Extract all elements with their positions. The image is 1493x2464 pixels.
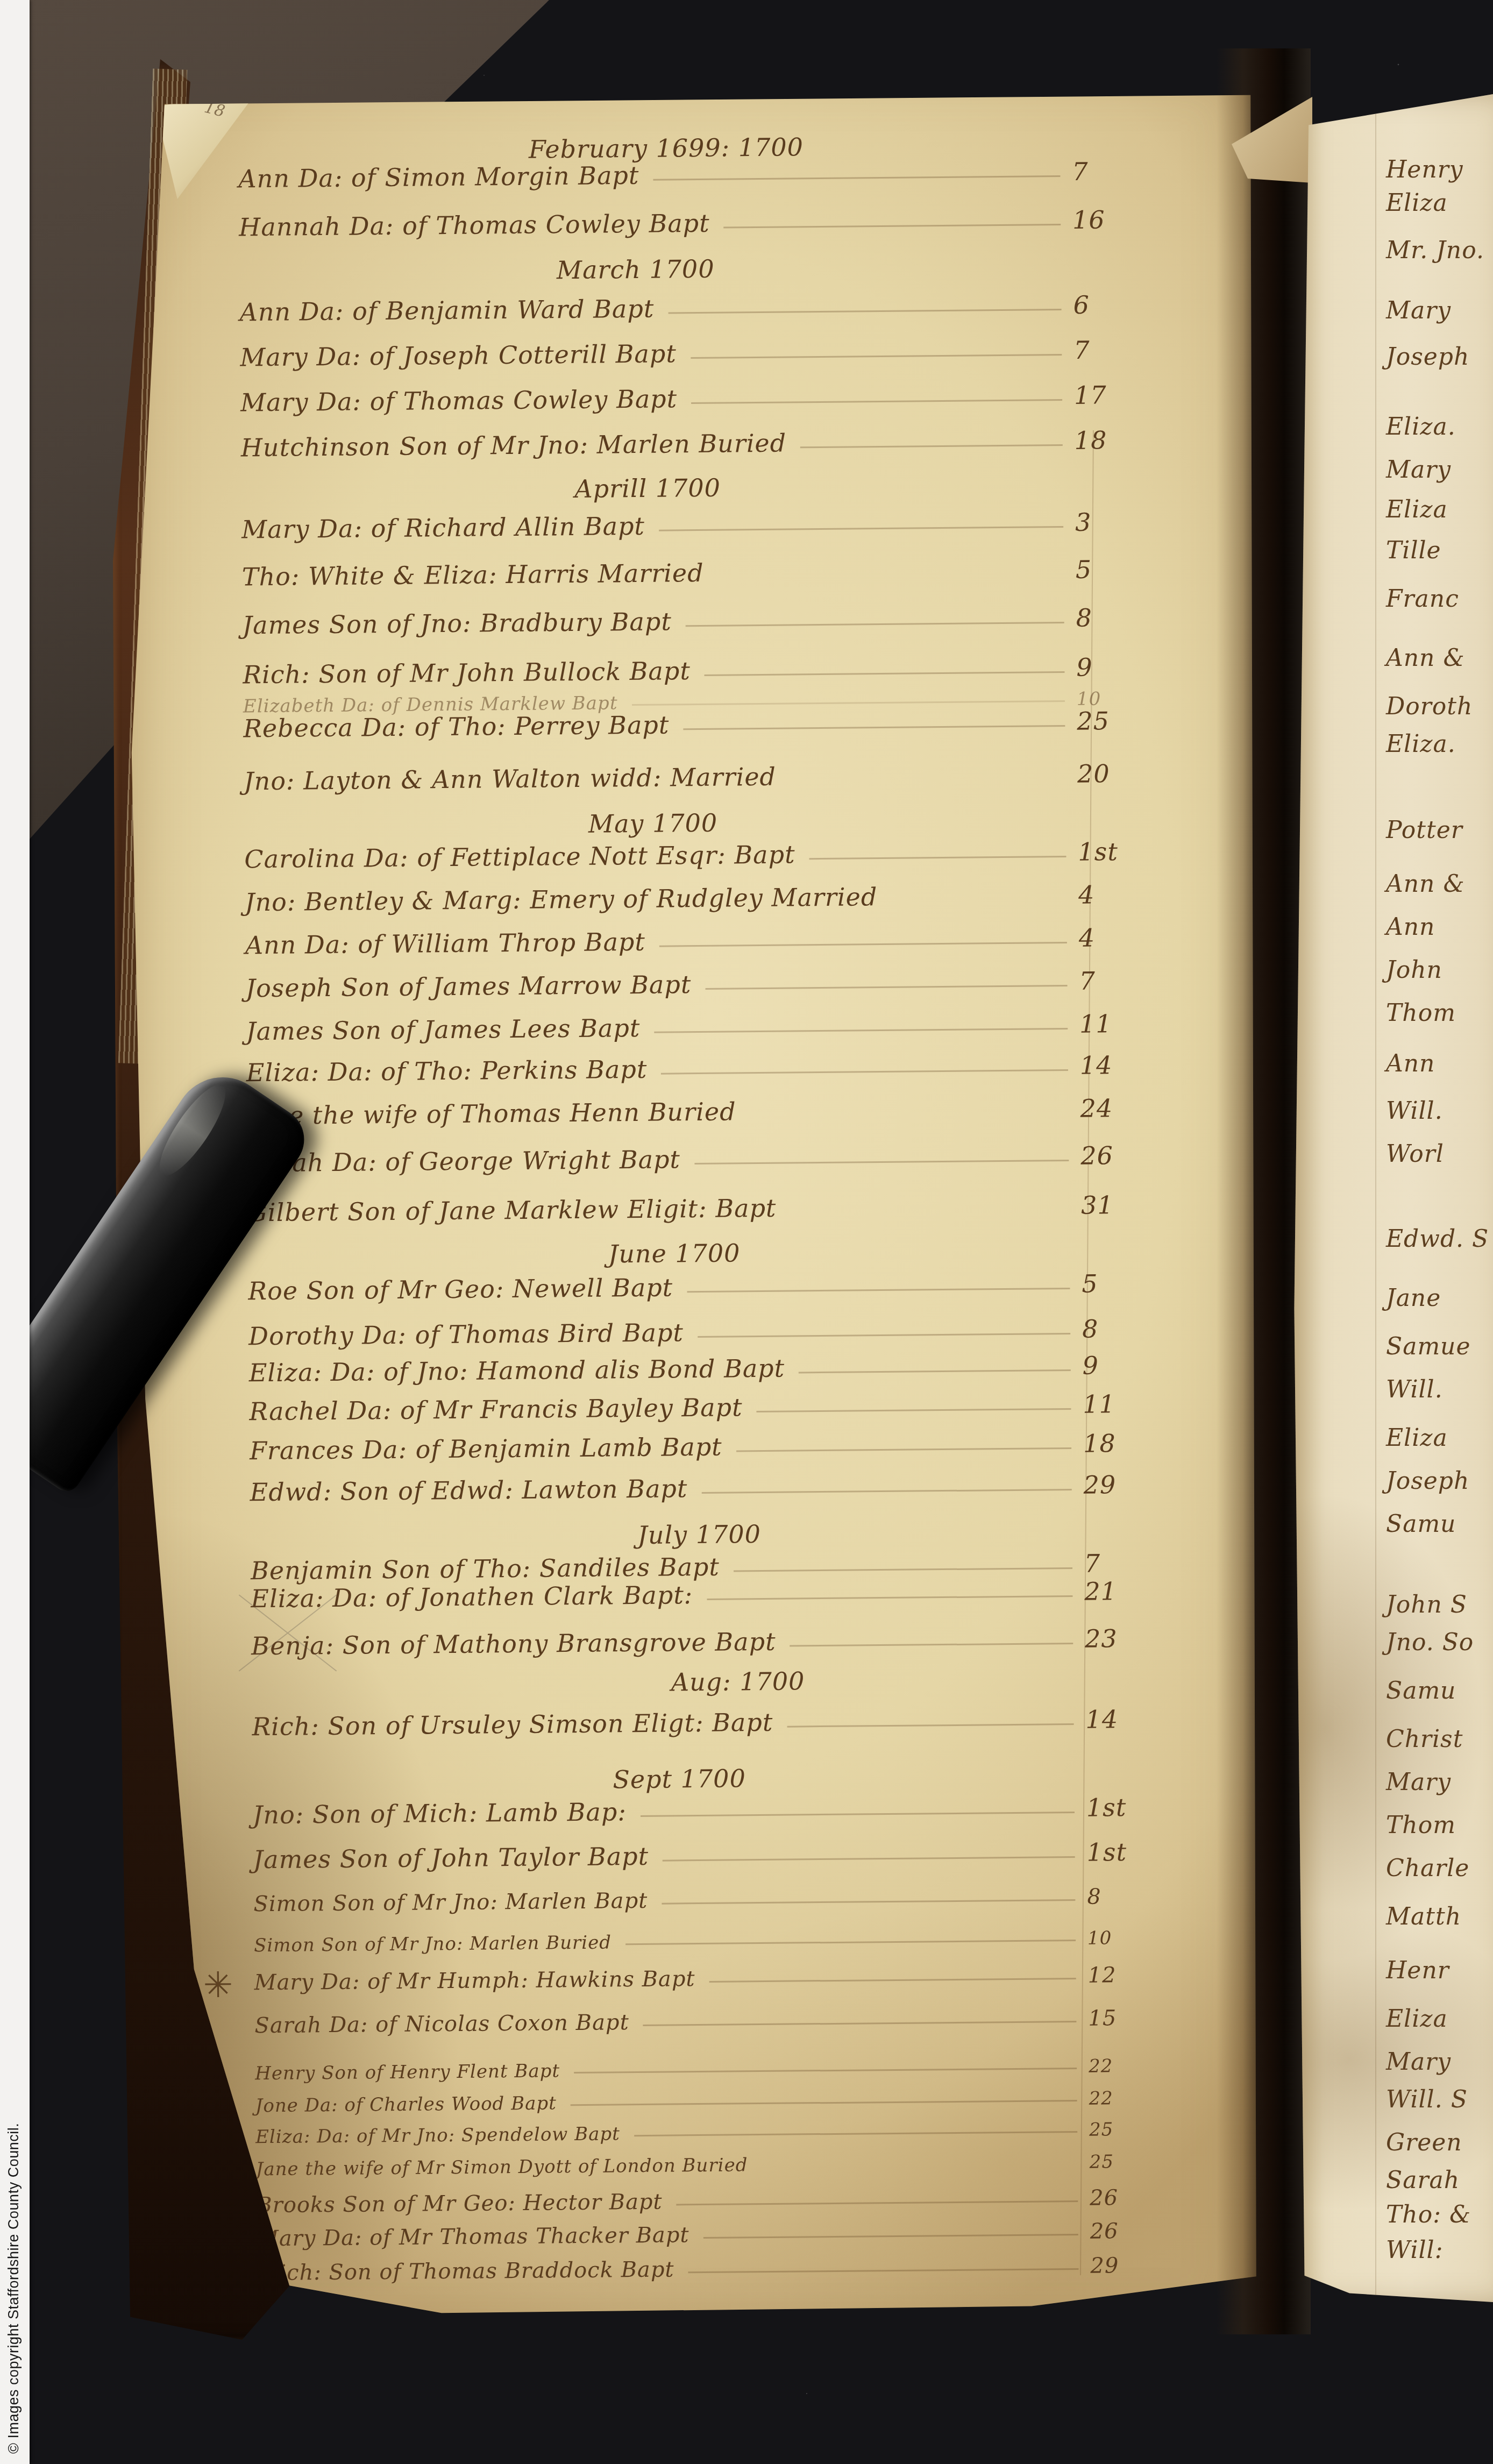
- entry-text: Mary Da: of Mr Humph: Hawkins Bapt: [254, 1966, 695, 1995]
- day-number: 4: [1078, 879, 1164, 909]
- day-number: 24: [1080, 1093, 1166, 1123]
- dash-filler: [662, 1899, 1075, 1905]
- day-number: 22: [1089, 2087, 1175, 2109]
- dash-filler: [659, 942, 1067, 947]
- right-page-text-fragment: Mr. Jno.: [1386, 237, 1484, 264]
- right-page-text-fragment: Ann &: [1386, 644, 1465, 672]
- register-entry: Brooks Son of Mr Geo: Hector Bapt 26: [256, 2185, 1176, 2219]
- entry-text: Jno: Bentley & Marg: Emery of Rudgley Ma…: [245, 882, 878, 917]
- right-page-text-fragment: Franc: [1386, 585, 1459, 613]
- register-entry: Mich: Son of Thomas Braddock Bapt 29: [257, 2253, 1176, 2287]
- dash-filler: [643, 2021, 1077, 2026]
- entry-text: Mich: Son of Thomas Braddock Bapt: [257, 2257, 674, 2286]
- register-entry: James Son of Jno: Bradbury Bapt 8: [242, 602, 1162, 640]
- day-number: 16: [1072, 205, 1158, 235]
- day-number: 31: [1081, 1190, 1167, 1219]
- entry-text: Eliza: Da: of Mr Jno: Spendelow Bapt: [255, 2123, 620, 2148]
- day-number: 26: [1090, 2185, 1176, 2210]
- register-entry: Sarah Da: of Nicolas Coxon Bapt 15: [254, 2005, 1174, 2039]
- entry-text: Aug: 1700: [671, 1666, 805, 1696]
- right-page-text-fragment: Mary: [1386, 456, 1451, 484]
- right-page-text-fragment: Sarah: [1386, 2167, 1460, 2194]
- register-entry: Edwd: Son of Edwd: Lawton Bapt 29: [250, 1469, 1169, 1507]
- dash-filler: [574, 2068, 1077, 2074]
- right-page-text-fragment: Ann: [1386, 1050, 1435, 1077]
- dash-filler: [683, 725, 1065, 730]
- right-page-text-fragment: Potter: [1386, 816, 1463, 844]
- right-page-text-fragment: Tille: [1386, 537, 1441, 564]
- register-entry: Hannah Da: of Thomas Cowley Bapt 16: [239, 205, 1158, 243]
- right-page-text-fragment: Green: [1386, 2129, 1462, 2156]
- dash-filler: [677, 2200, 1078, 2206]
- entry-text: Rich: Son of Ursuley Simson Eligt: Bapt: [252, 1708, 773, 1741]
- entry-text: Jone Da: of Charles Wood Bapt: [255, 2092, 557, 2117]
- day-number: 14: [1080, 1050, 1166, 1080]
- entry-text: Simon Son of Mr Jno: Marlen Buried: [254, 1932, 612, 1957]
- right-page-text-fragment: Eliza: [1386, 2005, 1448, 2033]
- entry-text: Gilbert Son of Jane Marklew Eligit: Bapt: [247, 1194, 777, 1227]
- right-page-text-fragment: Eliza: [1386, 1424, 1448, 1452]
- dash-filler: [698, 1333, 1070, 1338]
- register-entry: Jane the wife of Thomas Henn Buried 24: [246, 1093, 1166, 1131]
- entry-text: Eliza: Da: of Jonathen Clark Bapt:: [251, 1580, 693, 1613]
- entry-text: Ann Da: of Simon Morgin Bapt: [238, 161, 639, 193]
- register-entry: Jno: Bentley & Marg: Emery of Rudgley Ma…: [245, 879, 1164, 917]
- register-entries: February 1699: 1700 Ann Da: of Simon Mor…: [113, 48, 1268, 2349]
- register-entry: Mary Da: of Thomas Cowley Bapt 17: [240, 380, 1160, 417]
- day-number: 1st: [1078, 836, 1164, 866]
- register-entry: Jone Da: of Charles Wood Bapt 22: [255, 2087, 1175, 2118]
- entry-text: Henry Son of Henry Flent Bapt: [255, 2060, 560, 2084]
- dash-filler: [653, 175, 1060, 181]
- entry-text: Dorothy Da: of Thomas Bird Bapt: [248, 1318, 684, 1351]
- entry-text: Joseph Son of James Marrow Bapt: [245, 970, 691, 1003]
- day-number: 15: [1088, 2005, 1174, 2030]
- right-page-text-fragment: Eliza: [1386, 496, 1448, 523]
- register-entry: Simon Son of Mr Jno: Marlen Buried 10: [254, 1927, 1174, 1958]
- entry-text: March 1700: [557, 254, 715, 285]
- register-entry: Mary Da: of Mr Thomas Thacker Bapt 26: [257, 2218, 1176, 2252]
- right-page-text-fragment: Mary: [1386, 1769, 1451, 1796]
- dash-filler: [701, 1489, 1071, 1494]
- entry-text: Jane the wife of Mr Simon Dyott of Londo…: [256, 2154, 748, 2180]
- entry-text: Jno: Layton & Ann Walton widd: Married: [244, 762, 776, 796]
- right-page-text-fragment: Henr: [1386, 1957, 1449, 1984]
- day-number: 5: [1076, 554, 1162, 584]
- right-page-text-fragment: Ann &: [1386, 870, 1465, 898]
- entry-text: May 1700: [588, 808, 718, 839]
- entry-text: Rachel Da: of Mr Francis Bayley Bapt: [249, 1393, 743, 1426]
- dash-filler: [631, 700, 1064, 706]
- day-number: 8: [1082, 1313, 1168, 1343]
- day-number: 17: [1074, 380, 1160, 409]
- day-number: 7: [1072, 157, 1158, 186]
- register-entry: Eliza: Da: of Mr Jno: Spendelow Bapt 25: [255, 2118, 1175, 2149]
- dash-filler: [659, 526, 1063, 531]
- entry-text: Simon Son of Mr Jno: Marlen Bapt: [253, 1888, 648, 1916]
- register-entry: Aprill 1700: [574, 473, 721, 503]
- entry-text: Benja: Son of Mathony Bransgrove Bapt: [251, 1627, 776, 1661]
- dash-filler: [891, 900, 1067, 902]
- photograph-of-parish-register: 18 February 1699: 1700 Ann Da: of Simon …: [0, 0, 1493, 2464]
- dash-filler: [736, 1447, 1071, 1452]
- day-number: 26: [1080, 1140, 1167, 1170]
- entry-text: Aprill 1700: [574, 473, 721, 503]
- register-entry: Sarah Da: of George Wright Bapt 26: [247, 1140, 1167, 1178]
- right-page-text-fragment: Will. S: [1386, 2086, 1468, 2113]
- right-page-text-fragment: Mary: [1386, 2048, 1451, 2076]
- day-number: 14: [1085, 1704, 1171, 1734]
- dash-filler: [800, 444, 1063, 448]
- entry-text: Rebecca Da: of Tho: Perrey Bapt: [243, 710, 670, 743]
- right-page-text-fragment: Doroth: [1386, 693, 1473, 720]
- dash-filler: [668, 309, 1061, 314]
- right-page-text-fragment: Will.: [1386, 1376, 1443, 1403]
- dash-filler: [750, 1114, 1069, 1117]
- dash-filler: [791, 1211, 1070, 1213]
- day-number: 7: [1084, 1548, 1170, 1578]
- register-entry: Eliza: Da: of Jno: Hamond alis Bond Bapt…: [249, 1350, 1169, 1388]
- right-page-text-fragment: Samue: [1386, 1333, 1470, 1360]
- right-page-text-fragment: Jno. So: [1386, 1629, 1474, 1656]
- register-entry: James Son of John Taylor Bapt 1st: [253, 1837, 1172, 1874]
- dash-filler: [809, 856, 1067, 860]
- entry-text: Mary Da: of Mr Thomas Thacker Bapt: [257, 2222, 689, 2251]
- register-entry: May 1700: [588, 808, 718, 839]
- register-entry: July 1700: [637, 1519, 761, 1550]
- register-entry: ✕ Jane the wife of Mr Simon Dyott of Lon…: [256, 2150, 1176, 2182]
- day-number: 25: [1089, 2118, 1175, 2140]
- register-entry: Carolina Da: of Fettiplace Nott Esqr: Ba…: [244, 836, 1164, 874]
- register-entry: Ann Da: of William Throp Bapt 4: [245, 922, 1165, 960]
- entry-text: Mary Da: of Thomas Cowley Bapt: [240, 384, 678, 417]
- day-number: 5: [1082, 1268, 1168, 1298]
- entry-text: Ann Da: of William Throp Bapt: [245, 927, 646, 960]
- right-page-text-fragment: Will:: [1386, 2236, 1444, 2264]
- day-number: 7: [1079, 965, 1165, 995]
- dash-filler: [703, 2234, 1078, 2239]
- right-page-text-fragment: Mary: [1386, 297, 1451, 324]
- entry-text: Mary Da: of Joseph Cotterill Bapt: [240, 339, 677, 372]
- day-number: 18: [1083, 1428, 1169, 1458]
- register-entry: Dorothy Da: of Thomas Bird Bapt 8: [248, 1313, 1168, 1351]
- right-page-text-fragment: Eliza: [1386, 189, 1448, 217]
- dash-filler: [762, 2165, 1077, 2168]
- day-number: 3: [1075, 507, 1161, 536]
- right-page-text-fragment: Eliza.: [1386, 730, 1456, 758]
- register-entry: Aug: 1700: [671, 1666, 805, 1696]
- register-entry: Ann Da: of Simon Morgin Bapt 7: [238, 157, 1158, 194]
- entry-text: Sept 1700: [613, 1764, 746, 1794]
- right-page-text-fragment: Joseph: [1386, 343, 1469, 371]
- dash-filler: [707, 1595, 1072, 1600]
- day-number: 6: [1073, 289, 1159, 319]
- right-page-text-fragment: John S: [1386, 1591, 1467, 1618]
- day-number: 29: [1090, 2253, 1176, 2278]
- register-entry: Jno: Son of Mich: Lamb Bap: 1st: [253, 1792, 1172, 1830]
- right-page-text-fragment: Thom: [1386, 999, 1456, 1027]
- register-entry: ✳ Mary Da: of Mr Humph: Hawkins Bapt 12: [254, 1962, 1174, 1996]
- day-number: 4: [1079, 922, 1165, 952]
- day-number: 23: [1085, 1623, 1171, 1653]
- entry-text: Eliza: Da: of Tho: Perkins Bapt: [246, 1055, 648, 1088]
- day-number: 25: [1089, 2150, 1175, 2172]
- day-number: 12: [1087, 1962, 1174, 1987]
- right-page-text-fragment: Eliza.: [1386, 413, 1456, 441]
- entry-text: Rich: Son of Mr John Bullock Bapt: [243, 656, 691, 689]
- entry-text: Jane the wife of Thomas Henn Buried: [246, 1097, 736, 1130]
- register-entry: Rich: Son of Mr John Bullock Bapt 9: [243, 652, 1162, 690]
- day-number: 9: [1082, 1350, 1168, 1380]
- right-page-text-fragment: Matth: [1386, 1903, 1461, 1930]
- dash-filler: [661, 1069, 1068, 1075]
- right-page-text-fragment: Ann: [1386, 913, 1435, 941]
- entry-text: Sarah Da: of Nicolas Coxon Bapt: [254, 2010, 629, 2038]
- day-number: 18: [1074, 425, 1160, 455]
- entry-text: Brooks Son of Mr Geo: Hector Bapt: [256, 2190, 663, 2218]
- entry-text: July 1700: [637, 1519, 761, 1550]
- right-page-text-fragment: Worl: [1386, 1140, 1444, 1168]
- register-entry: Roe Son of Mr Geo: Newell Bapt 5: [248, 1268, 1168, 1306]
- dash-filler: [790, 779, 1065, 782]
- dash-filler: [787, 1723, 1073, 1728]
- day-number: 29: [1083, 1469, 1169, 1499]
- day-number: 22: [1089, 2055, 1175, 2077]
- dash-filler: [687, 1288, 1070, 1293]
- right-page-text-fragment: Thom: [1386, 1812, 1456, 1839]
- dash-filler: [641, 1812, 1075, 1817]
- margin-mark: ✳: [203, 1964, 233, 2006]
- day-number: 20: [1077, 758, 1163, 788]
- register-entry: Hutchinson Son of Mr Jno: Marlen Buried …: [241, 425, 1161, 463]
- register-entry: Eliza: Da: of Tho: Perkins Bapt 14: [246, 1050, 1166, 1088]
- dash-filler: [691, 399, 1062, 404]
- right-page-text-fragment: Samu: [1386, 1510, 1456, 1538]
- day-number: 1st: [1086, 1792, 1172, 1822]
- dash-filler: [709, 1978, 1076, 1983]
- day-number: 26: [1090, 2218, 1176, 2243]
- register-entry: Simon Son of Mr Jno: Marlen Bapt 8: [253, 1884, 1173, 1918]
- day-number: 21: [1084, 1576, 1170, 1606]
- register-entry: Rich: Son of Ursuley Simson Eligt: Bapt …: [252, 1704, 1171, 1742]
- dash-filler: [691, 354, 1062, 359]
- day-number: 11: [1083, 1389, 1169, 1418]
- right-page-text-fragment: Edwd. S: [1386, 1225, 1489, 1253]
- entry-text: Jno: Son of Mich: Lamb Bap:: [253, 1797, 627, 1829]
- dash-filler: [663, 1856, 1075, 1862]
- dash-filler: [705, 985, 1067, 990]
- entry-text: June 1700: [608, 1238, 741, 1268]
- register-entry: Ann Da: of Benjamin Ward Bapt 6: [239, 289, 1159, 327]
- dash-filler: [705, 671, 1065, 676]
- right-page: Henry Eliza Mr. Jno. Mary Joseph Eliza. …: [1288, 94, 1493, 2302]
- register-entry: Mary Da: of Richard Allin Bapt 3: [241, 507, 1161, 544]
- entry-text: Frances Da: of Benjamin Lamb Bapt: [250, 1432, 722, 1466]
- day-number: 8: [1087, 1884, 1173, 1909]
- entry-text: Sarah Da: of George Wright Bapt: [247, 1145, 680, 1177]
- entry-text: Roe Son of Mr Geo: Newell Bapt: [248, 1273, 673, 1305]
- dash-filler: [571, 2100, 1077, 2106]
- register-entry: June 1700: [608, 1238, 741, 1268]
- dash-filler: [686, 622, 1064, 627]
- dash-filler: [634, 2131, 1077, 2136]
- dash-filler: [688, 2268, 1079, 2273]
- margin-rule-line: [1375, 94, 1376, 2302]
- register-entry: Mary Da: of Joseph Cotterill Bapt 7: [240, 335, 1160, 372]
- dash-filler: [790, 1643, 1073, 1647]
- dash-filler: [799, 1369, 1071, 1373]
- copyright-text: © Images copyright Staffordshire County …: [5, 2123, 22, 2454]
- entry-text: Mary Da: of Richard Allin Bapt: [241, 512, 645, 544]
- day-number: 1st: [1086, 1837, 1172, 1866]
- right-page-text-fragment: John: [1386, 956, 1442, 984]
- entry-text: James Son of James Lees Bapt: [246, 1013, 641, 1046]
- entry-text: Ann Da: of Benjamin Ward Bapt: [239, 294, 654, 327]
- right-page-text-fragment: Charle: [1386, 1855, 1469, 1882]
- right-page-text-fragment: Jane: [1386, 1284, 1441, 1312]
- copyright-strip: © Images copyright Staffordshire County …: [0, 0, 30, 2464]
- day-number: 9: [1076, 652, 1162, 681]
- entry-text: Tho: White & Eliza: Harris Married: [242, 558, 704, 591]
- register-entry: Henry Son of Henry Flent Bapt 22: [255, 2055, 1175, 2086]
- register-entry: Joseph Son of James Marrow Bapt 7: [245, 965, 1165, 1003]
- entry-text: James Son of John Taylor Bapt: [253, 1842, 649, 1874]
- right-page-text-fragment: Henry: [1386, 156, 1463, 183]
- dash-filler: [694, 1160, 1069, 1164]
- register-entry: James Son of James Lees Bapt 11: [246, 1009, 1165, 1046]
- entry-text: Hutchinson Son of Mr Jno: Marlen Buried: [241, 429, 787, 463]
- entry-text: Edwd: Son of Edwd: Lawton Bapt: [250, 1474, 687, 1507]
- entry-text: Carolina Da: of Fettiplace Nott Esqr: Ba…: [244, 840, 795, 874]
- right-page-text-fragment: Joseph: [1386, 1467, 1469, 1495]
- register-entry: Gilbert Son of Jane Marklew Eligit: Bapt…: [247, 1190, 1167, 1227]
- entry-text: Eliza: Da: of Jno: Hamond alis Bond Bapt: [249, 1354, 785, 1388]
- dash-filler: [718, 575, 1064, 578]
- dash-filler: [654, 1028, 1068, 1033]
- register-entry: March 1700: [557, 254, 715, 285]
- right-page-text-fragment: Will.: [1386, 1097, 1443, 1125]
- dash-filler: [625, 1940, 1076, 1945]
- right-page-text-fragment: Tho: &: [1386, 2201, 1471, 2228]
- day-number: 8: [1076, 602, 1162, 632]
- register-entry: Frances Da: of Benjamin Lamb Bapt 18: [250, 1428, 1169, 1466]
- dash-filler: [757, 1408, 1071, 1412]
- day-number: 25: [1077, 706, 1163, 735]
- register-entry: Jno: Layton & Ann Walton widd: Married 2…: [244, 758, 1163, 796]
- register-entry: Sept 1700: [613, 1764, 746, 1794]
- register-entry: Rachel Da: of Mr Francis Bayley Bapt 11: [249, 1389, 1169, 1426]
- day-number: 7: [1073, 335, 1160, 364]
- right-page-text-fragment: Christ: [1386, 1725, 1463, 1753]
- dash-filler: [724, 224, 1061, 228]
- day-number: 10: [1087, 1927, 1174, 1949]
- register-entry: Tho: White & Eliza: Harris Married 5: [242, 554, 1162, 592]
- entry-text: Hannah Da: of Thomas Cowley Bapt: [239, 209, 710, 242]
- dash-filler: [734, 1567, 1072, 1572]
- right-page-text-fragment: Samu: [1386, 1677, 1456, 1705]
- register-entry: Benja: Son of Mathony Bransgrove Bapt 23: [251, 1623, 1171, 1661]
- day-number: 11: [1079, 1009, 1165, 1038]
- left-page: 18 February 1699: 1700 Ann Da: of Simon …: [124, 54, 1259, 2345]
- entry-text: James Son of Jno: Bradbury Bapt: [242, 607, 672, 640]
